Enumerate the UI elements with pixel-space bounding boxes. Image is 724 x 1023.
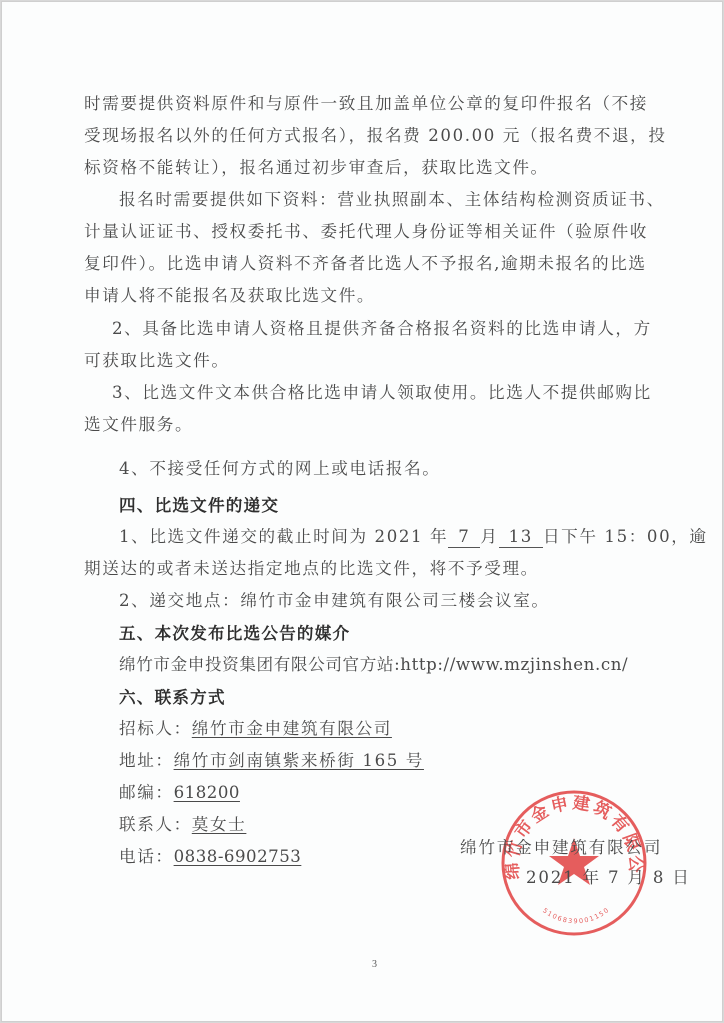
paragraph-line: 计量认证证书、授权委托书、委托代理人身份证等相关证件（验原件收 [84,221,648,243]
list-item-3-cont: 选文件服务。 [84,414,193,436]
list-item-4: 4、不接受任何方式的网上或电话报名。 [119,458,440,480]
contact-label: 联系人： [119,815,192,834]
deadline-prefix: 1、比选文件递交的截止时间为 2021 年 [119,527,448,546]
contact-postcode: 邮编：618200 [119,782,240,804]
deadline-month-unit: 月 [480,527,498,546]
section-heading-6: 六、联系方式 [119,686,226,708]
contact-address: 地址：绵竹市剑南镇紫来桥街 165 号 [119,750,424,772]
signature-company: 绵竹市金申建筑有限公司 [460,834,662,858]
document-page: 时需要提供资料原件和与原件一致且加盖单位公章的复印件报名（不接 受现场报名以外的… [1,1,723,1022]
section-heading-5: 五、本次发布比选公告的媒介 [119,622,350,644]
paragraph-line: 复印件）。比选申请人资料不齐备者比选人不予报名,逾期未报名的比选 [84,253,647,275]
deadline-suffix: 日下午 15：00，逾 [543,527,708,546]
company-seal-icon: 绵竹市金申建筑有限公司 5106839001150 [499,788,649,938]
contact-value: 绵竹市金申建筑有限公司 [192,719,392,738]
contact-person: 联系人：莫女士 [119,814,246,836]
deadline-line-2: 期送达的或者未送达指定地点的比选文件，将不予受理。 [84,558,539,580]
list-item-2: 2、具备比选申请人资格且提供齐备合格报名资料的比选申请人，方 [112,318,652,340]
list-item-2-cont: 可获取比选文件。 [84,350,230,372]
list-item-3: 3、比选文件文本供合格比选申请人领取使用。比选人不提供邮购比 [112,382,652,404]
contact-label: 招标人： [119,719,192,738]
paragraph-line: 受现场报名以外的任何方式报名），报名费 200.00 元（报名费不退，投 [84,125,667,147]
contact-tenderer: 招标人：绵竹市金申建筑有限公司 [119,718,392,740]
contact-value: 莫女士 [192,815,247,834]
paragraph-line: 标资格不能转让），报名通过初步审查后，获取比选文件。 [84,157,549,179]
deadline-day: 13 [499,527,543,548]
media-website: 绵竹市金申投资集团有限公司官方站:http://www.mzjinshen.cn… [119,654,628,676]
svg-text:5106839001150: 5106839001150 [541,906,611,926]
page-number: 3 [372,959,377,970]
deadline-line: 1、比选文件递交的截止时间为 2021 年7月13日下午 15：00，逾 [119,526,708,548]
section-heading-4: 四、比选文件的递交 [119,494,279,516]
contact-label: 地址： [119,751,174,770]
contact-value: 绵竹市剑南镇紫来桥街 165 号 [174,751,424,770]
contact-label: 邮编： [119,783,174,802]
contact-value: 618200 [174,783,240,802]
signature-date: 2021 年 7 月 8 日 [526,864,691,888]
paragraph-line: 时需要提供资料原件和与原件一致且加盖单位公章的复印件报名（不接 [84,93,648,115]
deadline-month: 7 [448,527,480,548]
contact-phone: 电话：0838-6902753 [119,846,301,868]
paragraph-line: 申请人将不能报名及获取比选文件。 [84,285,375,307]
stamp-code: 5106839001150 [541,906,611,926]
submission-location: 2、递交地点：绵竹市金申建筑有限公司三楼会议室。 [119,590,550,612]
contact-label: 电话： [119,847,174,866]
paragraph-line: 报名时需要提供如下资料：营业执照副本、主体结构检测资质证书、 [119,189,665,211]
contact-value: 0838-6902753 [174,847,302,866]
